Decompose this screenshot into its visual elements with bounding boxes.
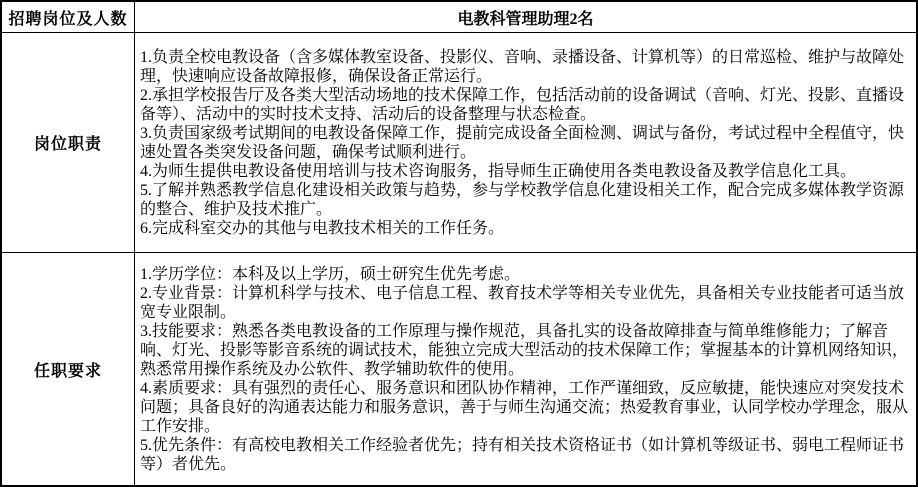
requirement-item: 3.技能要求：熟悉各类电教设备的工作原理与操作规范，具备扎实的设备故障排查与简单… xyxy=(140,322,910,379)
row-label-duties: 岗位职责 xyxy=(2,33,135,253)
requirements-content-cell: 1.学历学位：本科及以上学历，硕士研究生优先考虑。 2.专业背景：计算机科学与技… xyxy=(135,253,916,485)
requirement-item: 4.素质要求：具有强烈的责任心、服务意识和团队协作精神，工作严谨细致，反应敏捷，… xyxy=(140,379,910,436)
recruitment-notice-page: 招聘岗位及人数 电教科管理助理2名 岗位职责 1.负责全校电教设备（含多媒体教室… xyxy=(0,0,918,487)
requirement-item: 2.专业背景：计算机科学与技术、电子信息工程、教育技术学等相关专业优先，具备相关… xyxy=(140,284,910,322)
requirements-label-text: 任职要求 xyxy=(34,358,102,381)
duties-label-text: 岗位职责 xyxy=(34,131,102,154)
header-position-count-label: 招聘岗位及人数 xyxy=(8,6,127,29)
duty-item: 6.完成科室交办的其他与电教技术相关的工作任务。 xyxy=(140,219,910,238)
row-label-requirements: 任职要求 xyxy=(2,253,135,485)
header-cell-position-title: 电教科管理助理2名 xyxy=(135,2,916,33)
duty-item: 3.负责国家级考试期间的电教设备保障工作，提前完成设备全面检测、调试与备份，考试… xyxy=(140,124,910,162)
recruitment-table: 招聘岗位及人数 电教科管理助理2名 岗位职责 1.负责全校电教设备（含多媒体教室… xyxy=(0,0,918,487)
position-title-text: 电教科管理助理2名 xyxy=(457,6,593,29)
requirement-item: 1.学历学位：本科及以上学历，硕士研究生优先考虑。 xyxy=(140,265,910,284)
requirement-item: 5.优先条件：有高校电教相关工作经验者优先；持有相关技术资格证书（如计算机等级证… xyxy=(140,436,910,474)
duty-item: 2.承担学校报告厅及各类大型活动场地的技术保障工作，包括活动前的设备调试（音响、… xyxy=(140,86,910,124)
duty-item: 5.了解并熟悉教学信息化建设相关政策与趋势，参与学校教学信息化建设相关工作，配合… xyxy=(140,181,910,219)
duty-item: 4.为师生提供电教设备使用培训与技术咨询服务，指导师生正确使用各类电教设备及教学… xyxy=(140,162,910,181)
duty-item: 1.负责全校电教设备（含多媒体教室设备、投影仪、音响、录播设备、计算机等）的日常… xyxy=(140,48,910,86)
header-cell-position-count: 招聘岗位及人数 xyxy=(2,2,135,33)
duties-content-cell: 1.负责全校电教设备（含多媒体教室设备、投影仪、音响、录播设备、计算机等）的日常… xyxy=(135,33,916,253)
